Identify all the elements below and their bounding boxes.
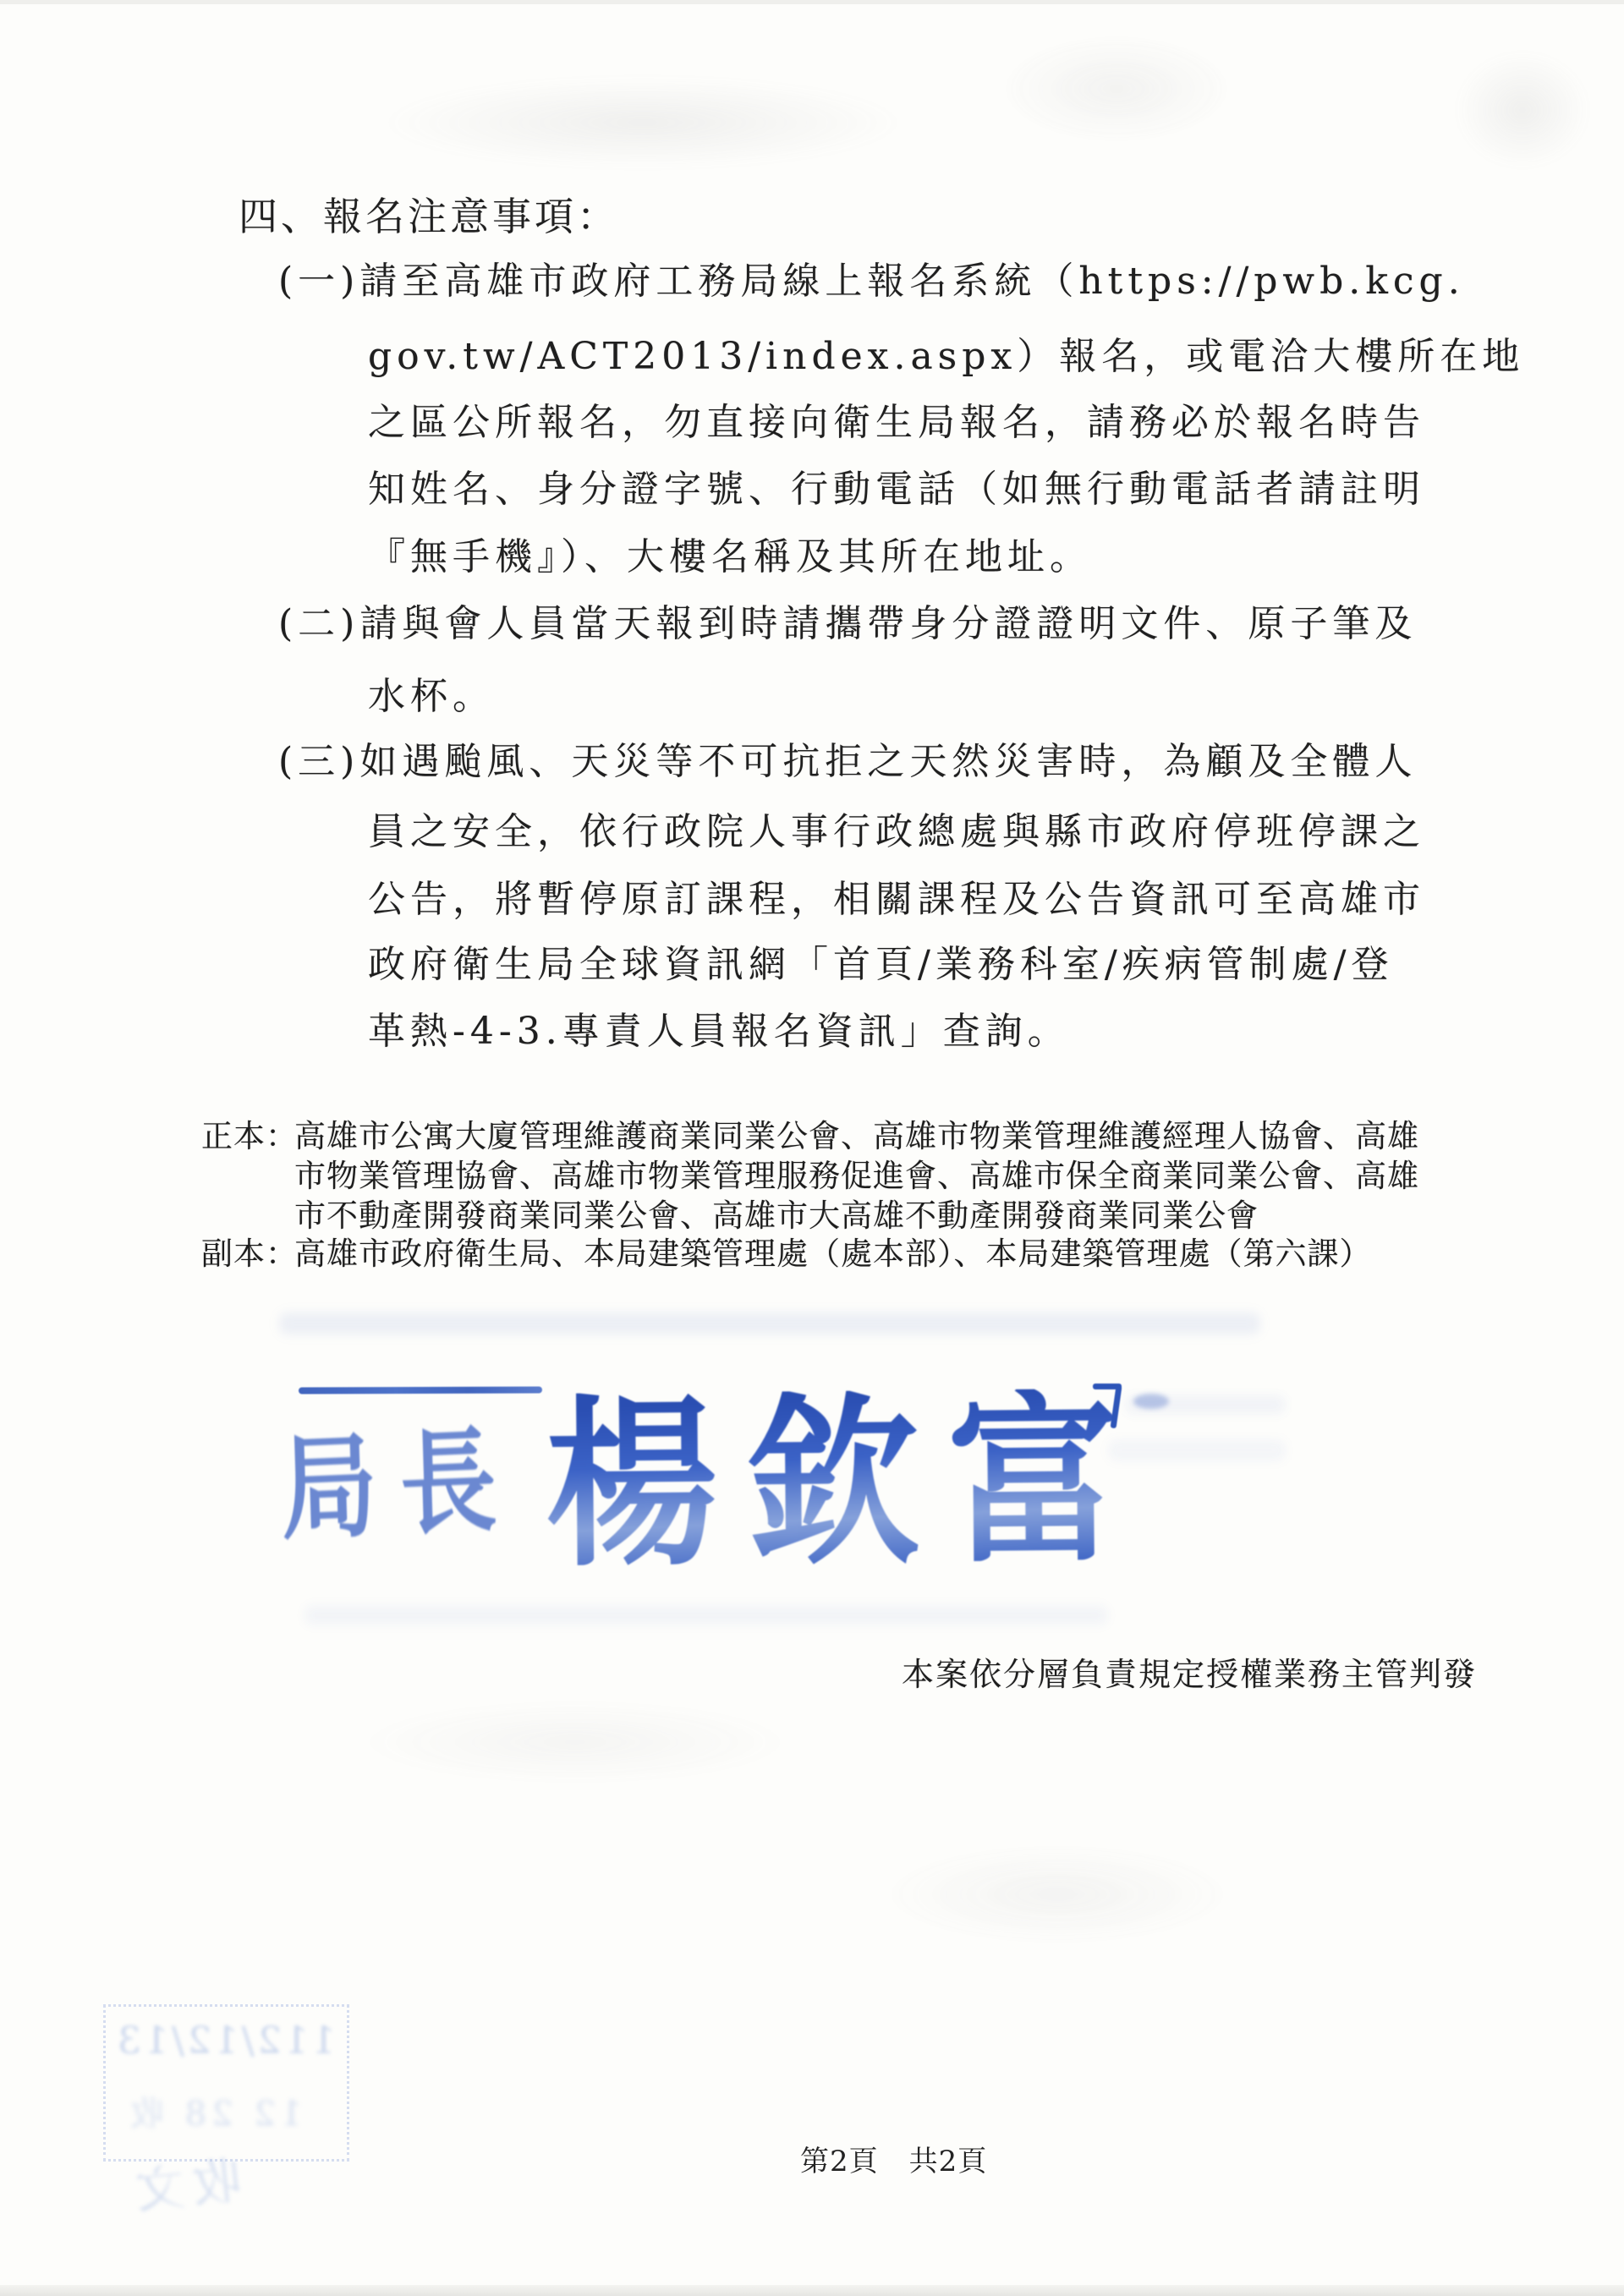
notice-item3-line1: (三)如遇颱風、天災等不可抗拒之天然災害時，為顧及全體人 [278,743,1417,781]
notice-item3-line3: 公告，將暫停原訂課程，相關課程及公告資訊可至高雄市 [368,881,1425,918]
bleedthrough-stamp-label: 收文 [124,2156,244,2217]
item3-text1: 如遇颱風、天災等不可抗拒之天然災害時，為顧及全體人 [359,740,1417,783]
carbon-copy-line1: 高雄市政府衛生局、本局建築管理處（處本部）、本局建築管理處（第六課） [294,1238,1372,1269]
bleedthrough-stamp-number: 12 28 收 [125,2097,302,2131]
authorization-note: 本案依分層負責規定授權業務主管判發 [902,1658,1477,1690]
director-name-signature-stamp: 楊欽富 [545,1388,1149,1575]
stamp-ink-bleed [279,1312,1260,1334]
item2-label: (二) [278,602,359,645]
notice-item2-line2: 水杯。 [368,678,495,715]
notice-item1-line3: 之區公所報名，勿直接向衛生局報名，請務必於報名時告 [368,404,1425,441]
item2-text1: 請與會人員當天報到時請攜帶身分證證明文件、原子筆及 [359,602,1417,645]
page-footer: 第2頁共2頁 [800,2147,987,2176]
section-heading: 四、報名注意事項： [239,197,619,236]
original-copy-line1: 高雄市公寓大廈管理維護商業同業公會、高雄市物業管理維護經理人協會、高雄 [294,1121,1419,1152]
original-copy-line3: 市不動產開發商業同業公會、高雄市大高雄不動產開發商業同業公會 [294,1200,1259,1231]
scanned-official-document: { "notice": { "heading": "四、報名注意事項：", "i… [0,0,1624,2296]
stamp-ink-bleed [304,1605,1108,1625]
notice-item1-line5: 『無手機』）、大樓名稱及其所在地址。 [368,539,1092,576]
bleedthrough-smudge [381,76,905,169]
dust-specks [0,0,2,2]
director-title-stamp: 局長 [279,1422,521,1546]
notice-item1-line4: 知姓名、身分證字號、行動電話（如無行動電話者請註明 [368,471,1425,508]
bleedthrough-smudge [998,34,1235,144]
scan-edge-bottom [0,2285,1624,2296]
bleedthrough-smudge [355,1700,795,1784]
item1-text1: 請至高雄市政府工務局線上報名系統（https://pwb.kcg. [359,260,1464,303]
original-copy-label: 正本： [201,1121,298,1152]
item3-label: (三) [278,740,359,783]
bleedthrough-stamp-date: 112/12/13 [114,2023,336,2060]
item1-label: (一) [278,260,359,303]
stamp-overline [299,1386,542,1394]
original-copy-line2: 市物業管理協會、高雄市物業管理服務促進會、高雄市保全商業同業公會、高雄 [294,1160,1419,1192]
notice-item3-line4: 政府衛生局全球資訊網「首頁/業務科室/疾病管制處/登 [368,946,1393,984]
page-total: 共2頁 [909,2145,988,2178]
bleedthrough-smudge [880,1844,1235,1945]
notice-item3-line5: 革熱-4-3.專責人員報名資訊」查詢。 [368,1013,1070,1050]
notice-item1-line2: gov.tw/ACT2013/index.aspx）報名，或電洽大樓所在地 [368,338,1524,375]
notice-item1-line1: (一)請至高雄市政府工務局線上報名系統（https://pwb.kcg. [278,263,1465,300]
carbon-copy-label: 副本： [201,1238,298,1269]
bleedthrough-smudge [1455,51,1590,169]
scan-edge-top [0,0,1624,4]
page-number: 第2頁 [800,2145,879,2178]
stamp-ink-blot [1133,1394,1169,1409]
notice-item3-line2: 員之安全，依行政院人事行政總處與縣市政府停班停課之 [368,814,1425,851]
notice-item2-line1: (二)請與會人員當天報到時請攜帶身分證證明文件、原子筆及 [278,606,1417,643]
